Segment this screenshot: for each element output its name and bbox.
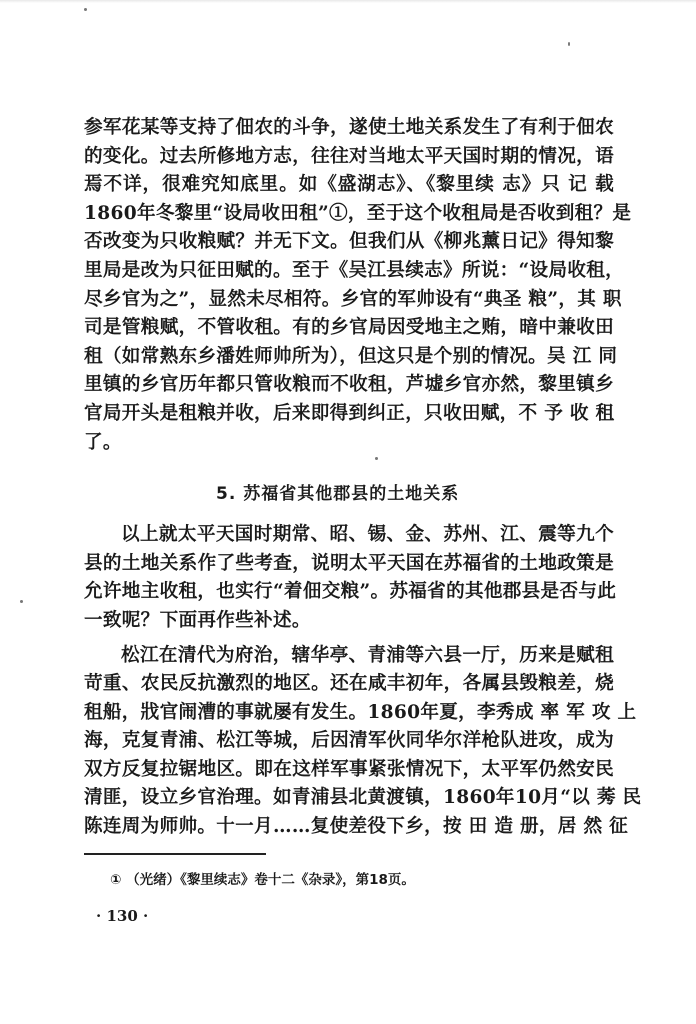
text-line: 尽乡官为之”，显然未尽相符。乡官的军帅设有“典圣 粮”，其 职 xyxy=(84,286,614,315)
text-line: 司是管粮赋，不管收租。有的乡官局因受地主之贿，暗中兼收田 xyxy=(84,314,614,343)
paragraph-3: 松江在清代为府治，辖华亭、青浦等六县一厅，历来是赋租 苛重、农民反抗激烈的地区。… xyxy=(84,642,614,842)
text-line: 苛重、农民反抗激烈的地区。还在咸丰初年，各属县毁粮差，烧 xyxy=(84,670,614,699)
footnote: ① （光绪）《黎里续志》卷十二《杂录》，第18页。 xyxy=(110,868,415,888)
scan-speck xyxy=(84,8,87,11)
page-body: 参军花某等支持了佃农的斗争，遂使土地关系发生了有利于佃农 的变化。过去所修地方志… xyxy=(84,114,614,842)
text-line: 租（如常熟东乡潘姓师帅所为），但这只是个别的情况。吴 江 同 xyxy=(84,343,614,372)
section-heading: 5. 苏福省其他郡县的土地关系 xyxy=(84,469,614,521)
text-line: 里镇的乡官历年都只管收粮而不收租，芦墟乡官亦然，黎里镇乡 xyxy=(84,371,614,400)
text-line: 里局是改为只征田赋的。至于《吴江县续志》所说：“设局收租， xyxy=(84,257,614,286)
text-line: 双方反复拉锯地区。即在这样军事紧张情况下，太平军仍然安民 xyxy=(84,756,614,785)
footnote-divider xyxy=(84,853,266,855)
text-line: 1860年冬黎里“设局收田租”①，至于这个收租局是否收到租？是 xyxy=(84,200,614,229)
text-line: 租船，戕官闹漕的事就屡有发生。1860年夏，李秀成 率 军 攻 上 xyxy=(84,699,614,728)
scan-speck xyxy=(375,457,378,460)
text-line: 松江在清代为府治，辖华亭、青浦等六县一厅，历来是赋租 xyxy=(84,642,614,671)
text-line: 参军花某等支持了佃农的斗争，遂使土地关系发生了有利于佃农 xyxy=(84,114,614,143)
text-line: 否改变为只收粮赋？并无下文。但我们从《柳兆薰日记》得知黎 xyxy=(84,228,614,257)
paragraph-1: 参军花某等支持了佃农的斗争，遂使土地关系发生了有利于佃农 的变化。过去所修地方志… xyxy=(84,114,614,457)
scan-speck xyxy=(20,600,23,603)
scan-speck xyxy=(568,42,570,46)
text-line: 焉不详，很难究知底里。如《盛湖志》、《黎里续 志》只 记 载 xyxy=(84,171,614,200)
text-line: 允许地主收租，也实行“着佃交粮”。苏福省的其他郡县是否与此 xyxy=(84,578,614,607)
text-line: 以上就太平天国时期常、昭、锡、金、苏州、江、震等九个 xyxy=(84,521,614,550)
text-line: 的变化。过去所修地方志，往往对当地太平天国时期的情况，语 xyxy=(84,143,614,172)
text-line: 海，克复青浦、松江等城，后因清军伙同华尔洋枪队进攻，成为 xyxy=(84,727,614,756)
text-line: 官局开头是租粮并收，后来即得到纠正，只收田赋，不 予 收 租 xyxy=(84,400,614,429)
page-number: · 130 · xyxy=(96,907,148,925)
text-line: 一致呢？下面再作些补述。 xyxy=(84,607,614,636)
text-line: 县的土地关系作了些考查，说明太平天国在苏福省的土地政策是 xyxy=(84,550,614,579)
text-line: 了。 xyxy=(84,429,614,458)
text-line: 陈连周为师帅。十一月……复使差役下乡，按 田 造 册，居 然 征 xyxy=(84,813,614,842)
paragraph-2: 以上就太平天国时期常、昭、锡、金、苏州、江、震等九个 县的土地关系作了些考查，说… xyxy=(84,521,614,635)
text-line: 清匪，设立乡官治理。如青浦县北黄渡镇，1860年10月“以 莠 民 xyxy=(84,784,614,813)
page-top-edge xyxy=(0,0,696,3)
